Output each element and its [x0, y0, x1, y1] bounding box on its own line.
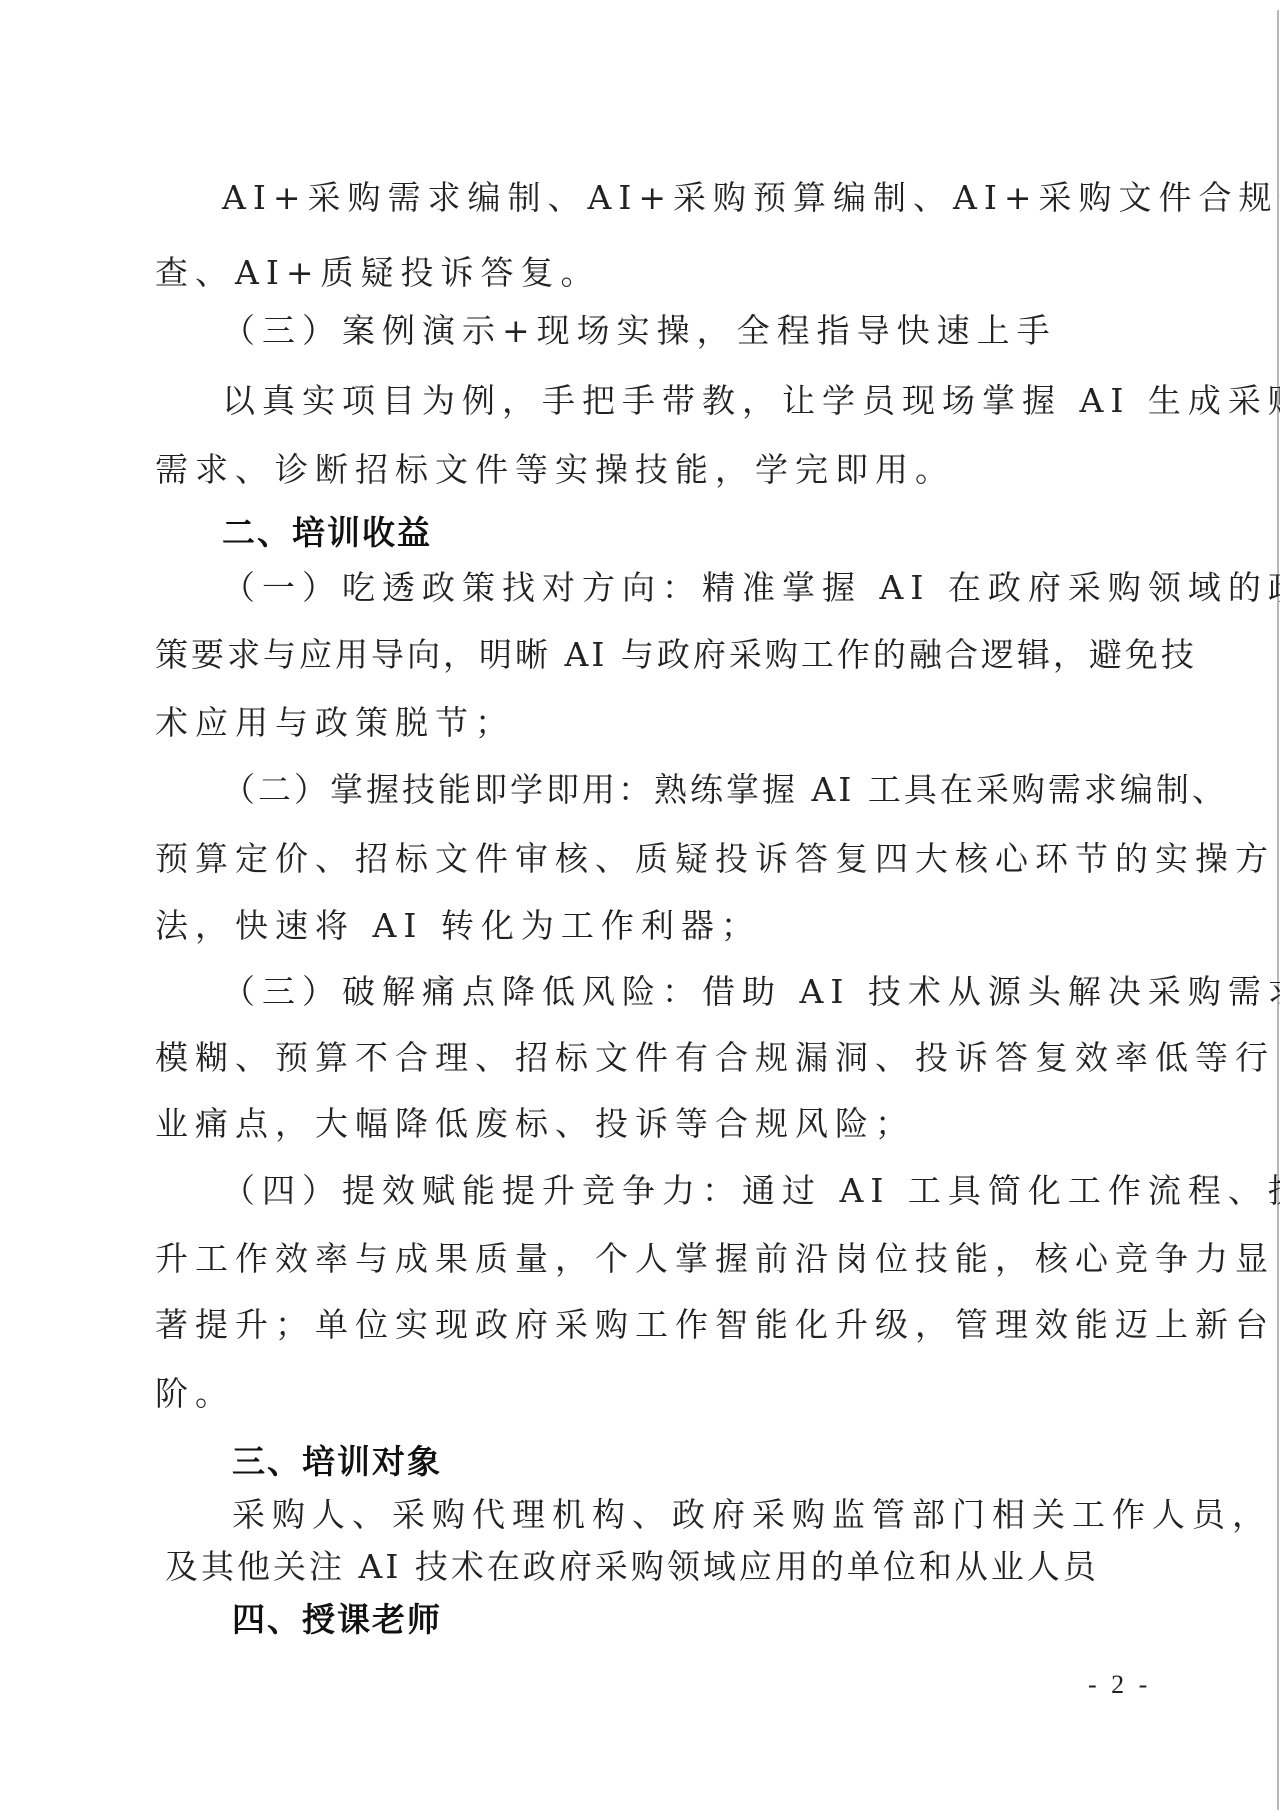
body-line: 以真实项目为例，手把手带教，让学员现场掌握 AI 生成采购: [222, 381, 1280, 421]
body-line: （一）吃透政策找对方向：精准掌握 AI 在政府采购领域的政: [222, 568, 1280, 608]
section-heading-benefits: 二、培训收益: [222, 513, 432, 553]
body-line: 业痛点，大幅降低废标、投诉等合规风险；: [155, 1104, 915, 1144]
body-line: 需求、诊断招标文件等实操技能，学完即用。: [155, 450, 955, 490]
section-heading-audience: 三、培训对象: [232, 1442, 442, 1482]
body-line: 查、AI+质疑投诉答复。: [155, 253, 601, 293]
body-line: （二）掌握技能即学即用：熟练掌握 AI 工具在采购需求编制、: [222, 770, 1228, 810]
body-line: 术应用与政策脱节；: [155, 703, 515, 743]
body-line: 阶。: [155, 1374, 235, 1414]
body-line: 法，快速将 AI 转化为工作利器；: [155, 906, 761, 946]
body-line: （三）破解痛点降低风险：借助 AI 技术从源头解决采购需求: [222, 972, 1280, 1012]
body-line: 模糊、预算不合理、招标文件有合规漏洞、投诉答复效率低等行: [155, 1038, 1275, 1078]
body-line: 及其他关注 AI 技术在政府采购领域应用的单位和从业人员: [165, 1547, 1099, 1587]
section-subheading: （三）案例演示+现场实操，全程指导快速上手: [222, 311, 1057, 351]
body-line: 预算定价、招标文件审核、质疑投诉答复四大核心环节的实操方: [155, 839, 1275, 879]
page-edge-border: [1277, 10, 1279, 1810]
body-line: 策要求与应用导向，明晰 AI 与政府采购工作的融合逻辑，避免技: [155, 635, 1197, 675]
page-number: - 2 -: [1088, 1670, 1151, 1700]
body-line: （四）提效赋能提升竞争力：通过 AI 工具简化工作流程、提: [222, 1171, 1280, 1211]
body-line: 升工作效率与成果质量，个人掌握前沿岗位技能，核心竞争力显: [155, 1239, 1275, 1279]
section-heading-instructors: 四、授课老师: [232, 1600, 442, 1640]
body-line: AI+采购需求编制、AI+采购预算编制、AI+采购文件合规性审: [222, 178, 1280, 218]
body-line: 采购人、采购代理机构、政府采购监管部门相关工作人员，: [232, 1495, 1272, 1535]
body-line: 著提升；单位实现政府采购工作智能化升级，管理效能迈上新台: [155, 1305, 1275, 1345]
